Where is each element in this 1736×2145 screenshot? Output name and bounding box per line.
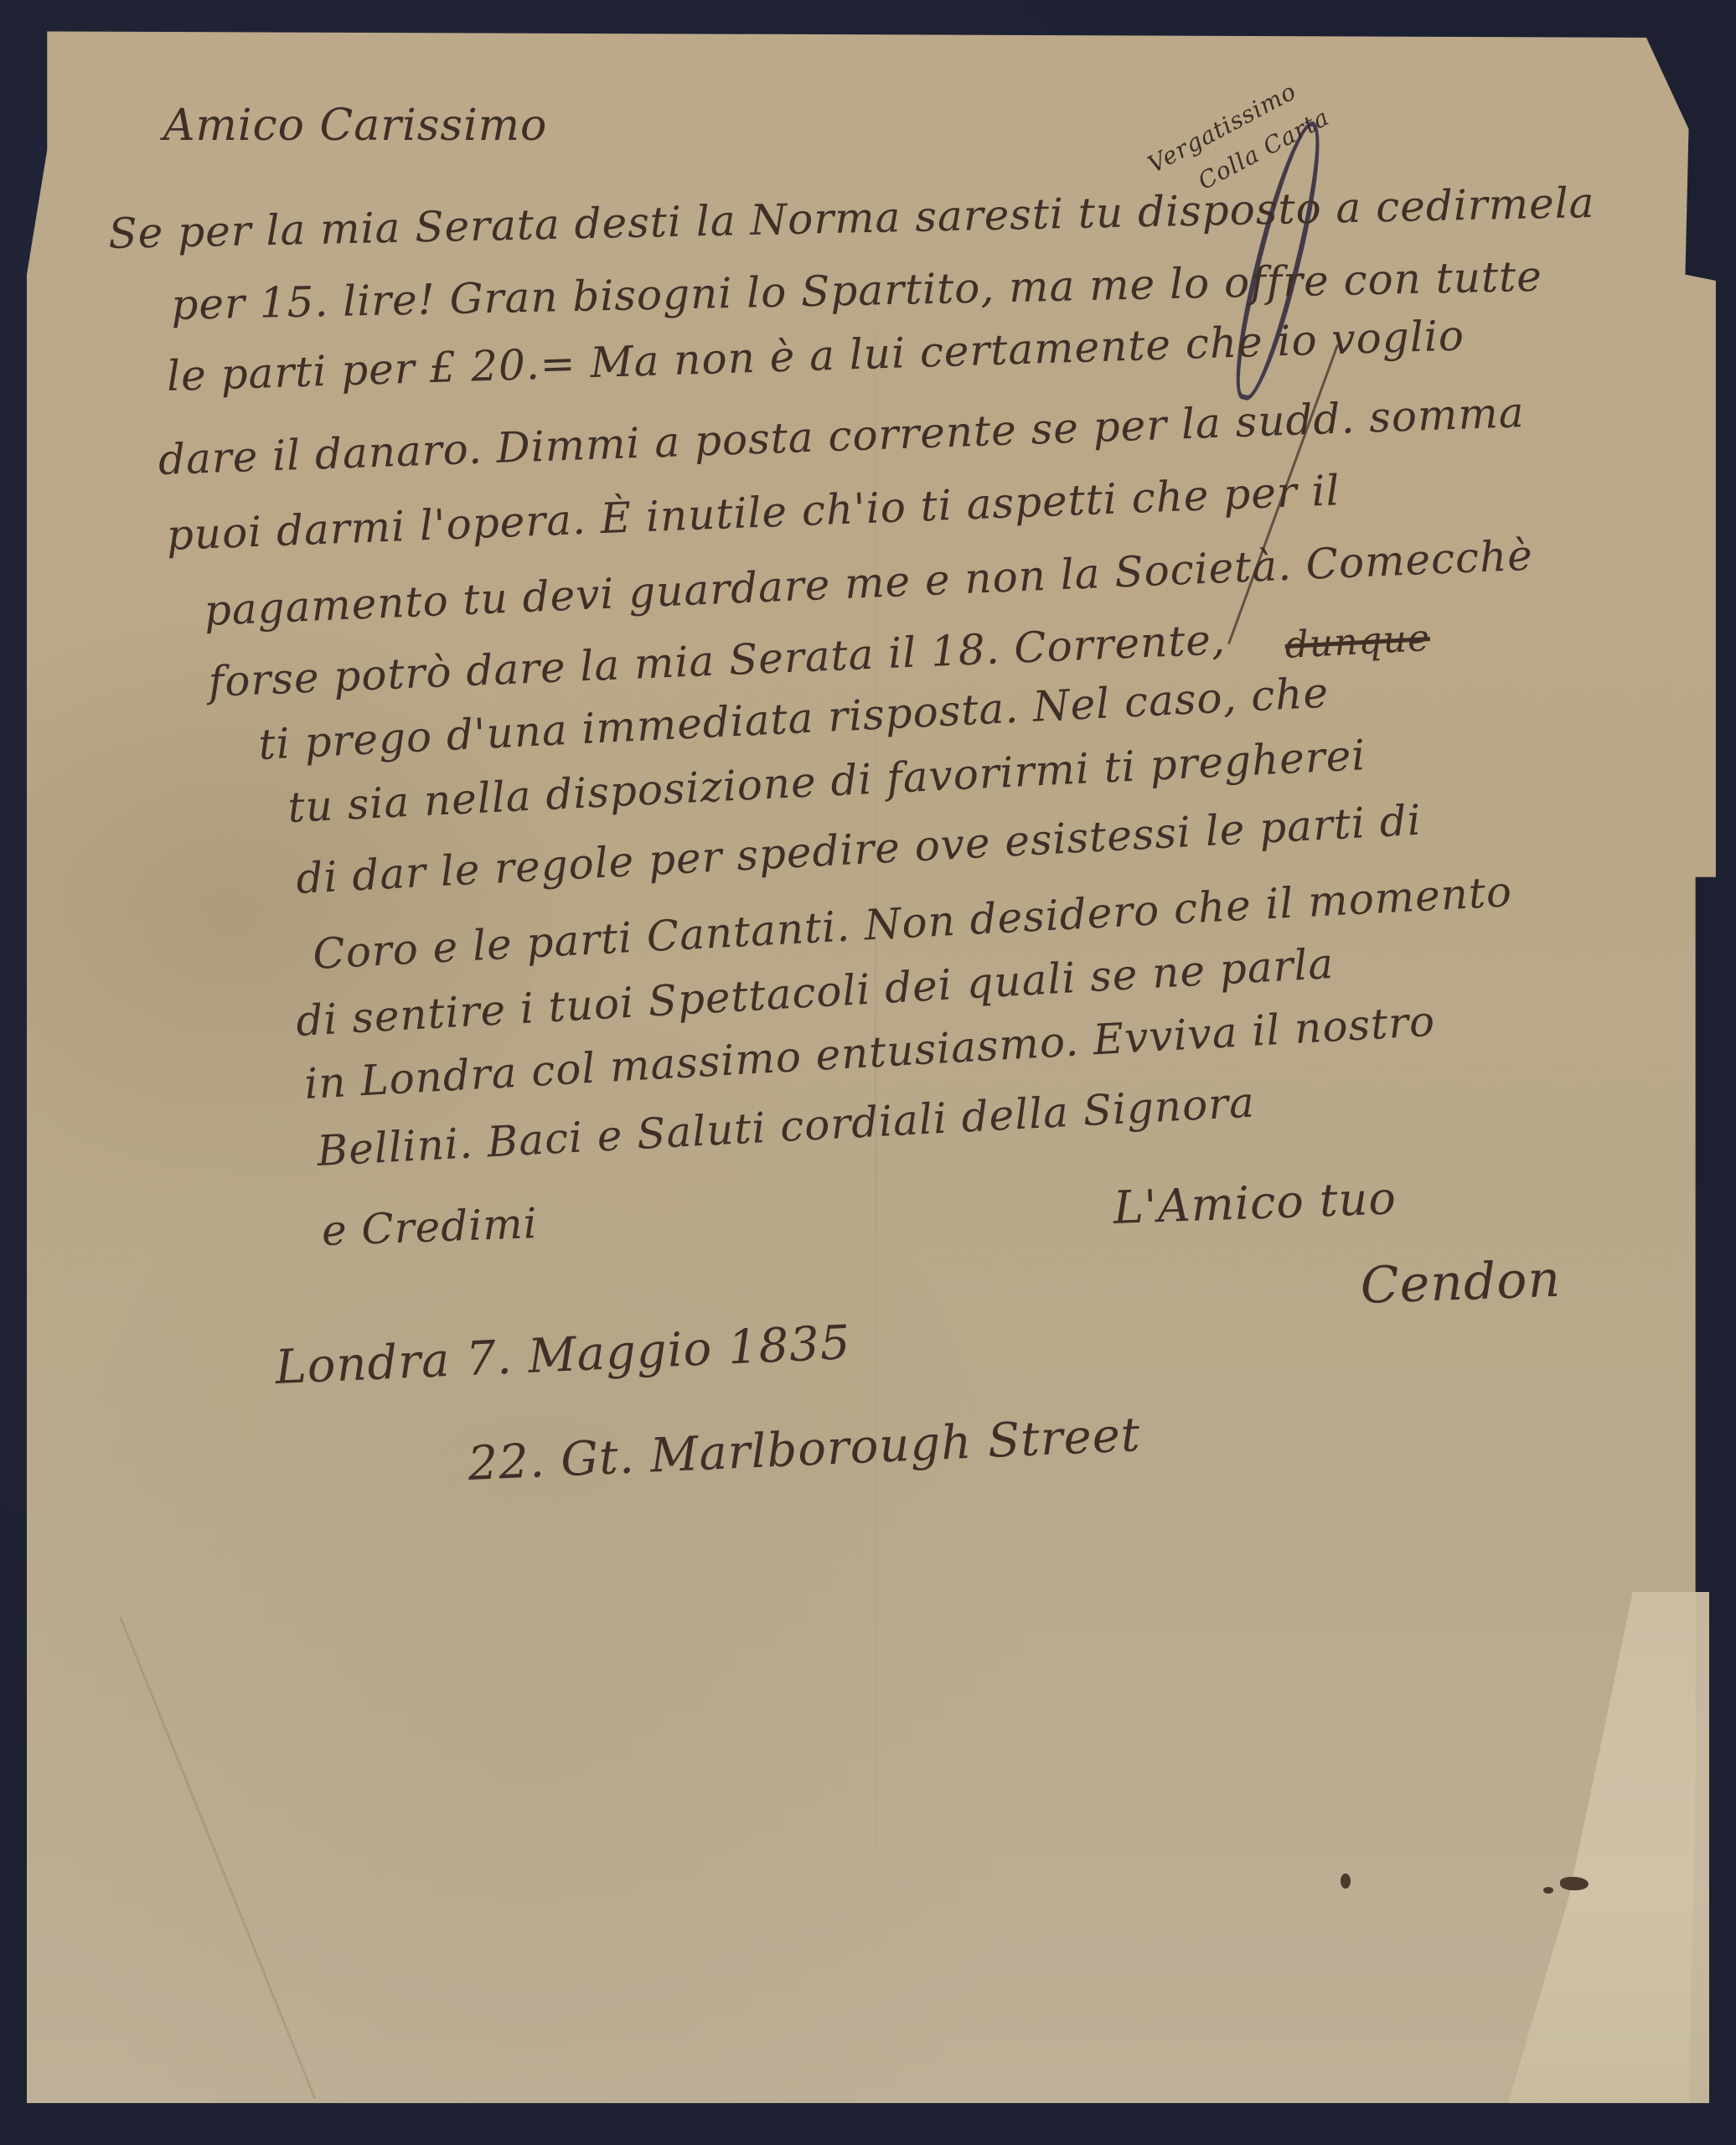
letter-salutation: Amico Carissimo: [163, 101, 547, 151]
letter-line-15: e Credimi: [321, 1199, 539, 1255]
ink-blot: [1341, 1874, 1351, 1889]
ink-blot: [1543, 1887, 1553, 1894]
letter-closing: L'Amico tuo: [1113, 1171, 1398, 1234]
ink-blot: [1560, 1877, 1589, 1890]
letter-signature: Cendon: [1360, 1250, 1563, 1315]
fold-crease-diagonal: [119, 1616, 316, 2099]
struck-out-word: dunque: [1284, 617, 1431, 667]
